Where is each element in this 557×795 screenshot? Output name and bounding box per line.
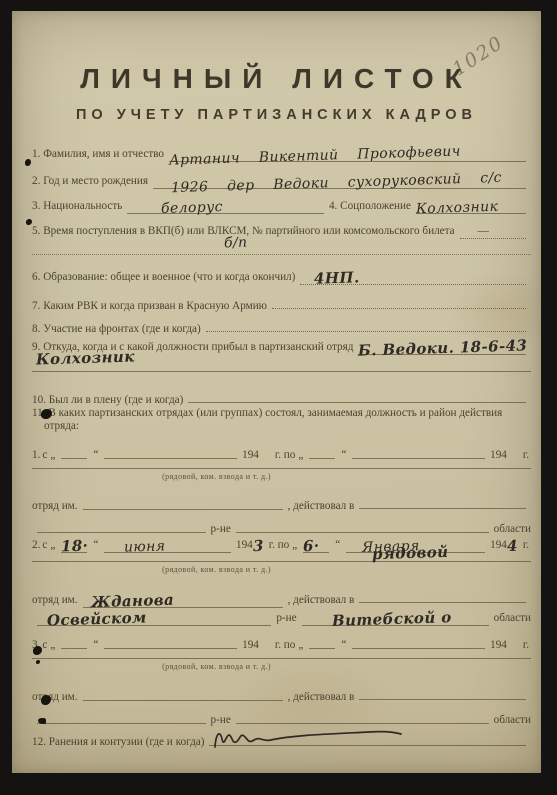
field-party-blank: — bbox=[460, 222, 526, 239]
ink-blot bbox=[38, 718, 46, 724]
open-quote: „ bbox=[50, 449, 55, 462]
entry-2-date-row: 2. с „ 18· “ июня 194 3 г. по „ 6· “ Янв… bbox=[32, 535, 531, 553]
field-arrival-value2: Колхозник bbox=[36, 347, 135, 368]
document-subtitle: ПО УЧЕТУ ПАРТИЗАНСКИХ КАДРОВ bbox=[12, 107, 541, 123]
ink-blot bbox=[25, 159, 31, 166]
open-quote: „ bbox=[298, 639, 303, 652]
ink-blot bbox=[33, 646, 42, 655]
printed-year-prefix: 194 bbox=[490, 539, 507, 552]
entry-2-acted-blank bbox=[359, 586, 526, 603]
entry-1-to-month-blank bbox=[352, 442, 485, 459]
entry-3-from-day-blank bbox=[61, 632, 87, 649]
illegible-handwriting-scrawl bbox=[209, 727, 409, 751]
field-rvk-blank bbox=[272, 292, 526, 309]
entry-1-rank-line bbox=[32, 468, 531, 469]
entry-2-number: 2. bbox=[32, 539, 40, 552]
field-captivity-row: 10. Был ли в плену (где и когда) bbox=[32, 386, 531, 407]
district-label: р-не bbox=[211, 714, 231, 727]
acted-label: , действовал в bbox=[288, 594, 355, 607]
entry-1-region-blank bbox=[236, 516, 489, 533]
entry-2-from-word: с bbox=[42, 539, 47, 552]
entry-1-number: 1. bbox=[32, 449, 40, 462]
acted-label: , действовал в bbox=[288, 500, 355, 513]
field-surname-value: Артанич Викентий Прокофьевич bbox=[169, 143, 461, 168]
entry-3-rank-line bbox=[32, 658, 531, 659]
close-quote: “ bbox=[335, 539, 340, 552]
field-surname-blank: Артанич Викентий Прокофьевич bbox=[169, 145, 526, 162]
year-word: г. bbox=[523, 539, 529, 552]
field-social-label: 4. Соцположение bbox=[329, 200, 411, 213]
open-quote: „ bbox=[298, 449, 303, 462]
entry-2-to-day: 6· bbox=[303, 538, 320, 556]
printed-year-prefix: 194 bbox=[490, 639, 507, 652]
entry-3-unit-row: отряд им. , действовал в bbox=[32, 683, 531, 704]
field-party-line bbox=[32, 254, 531, 255]
close-quote: “ bbox=[341, 639, 346, 652]
entry-1-rank-caption: (рядовой, ком. взвода и т. д.) bbox=[32, 472, 401, 481]
field-arrival-value: Б. Ведоки. 18-6-43 bbox=[358, 337, 528, 360]
entry-3-date-row: 3. с „ “ 194 г. по „ “ 194 г. bbox=[32, 632, 531, 652]
entry-3-to-day-blank bbox=[309, 632, 335, 649]
year-to-word: г. по bbox=[275, 449, 296, 462]
document-title: ЛИЧНЫЙ ЛИСТОК bbox=[12, 63, 541, 95]
field-nationality-label: 3. Национальность bbox=[32, 200, 122, 213]
entry-1-unit-blank bbox=[83, 493, 283, 510]
field-captivity-blank bbox=[188, 386, 526, 403]
field-rvk-label: 7. Каким РВК и когда призван в Красную А… bbox=[32, 300, 267, 313]
field-surname-label: 1. Фамилия, имя и отчество bbox=[32, 148, 164, 161]
field-party-value: б/п bbox=[224, 235, 248, 252]
field-party-row: 5. Время поступления в ВКП(б) или ВЛКСМ,… bbox=[32, 222, 531, 239]
year-word: г. bbox=[523, 639, 529, 652]
entry-2-district-blank: Освейском bbox=[37, 609, 271, 626]
entry-1-from-month-blank bbox=[104, 442, 237, 459]
field-arrival-line2 bbox=[32, 371, 531, 372]
field-captivity-label: 10. Был ли в плену (где и когда) bbox=[32, 394, 183, 407]
printed-year-prefix: 194 bbox=[490, 449, 507, 462]
district-label: р-не bbox=[211, 523, 231, 536]
entry-2-from-day: 18· bbox=[61, 538, 89, 556]
field-nationality-row: 3. Национальность белорус 4. Соцположени… bbox=[32, 197, 531, 214]
entry-1-region-row: р-не области bbox=[32, 516, 531, 536]
field-surname-row: 1. Фамилия, имя и отчество Артанич Викен… bbox=[32, 145, 531, 162]
field-birth-label: 2. Год и место рождения bbox=[32, 175, 148, 188]
entry-1-from-word: с bbox=[42, 449, 47, 462]
unit-label: отряд им. bbox=[32, 500, 78, 513]
field-education-value: 4НП. bbox=[314, 269, 360, 288]
field-education-label: 6. Образование: общее и военное (что и к… bbox=[32, 271, 295, 284]
document-page: 1020 ЛИЧНЫЙ ЛИСТОК ПО УЧЕТУ ПАРТИЗАНСКИХ… bbox=[12, 11, 541, 773]
field-nationality-value: белорус bbox=[161, 199, 223, 217]
printed-year-prefix: 194 bbox=[242, 639, 259, 652]
district-label: р-не bbox=[276, 612, 296, 625]
region-label: области bbox=[494, 523, 531, 536]
entry-2-region: Витебской о bbox=[331, 609, 451, 630]
entry-3-unit-blank bbox=[83, 684, 283, 701]
entry-1-acted-blank bbox=[359, 492, 526, 509]
entry-2-rank-caption: (рядовой, ком. взвода и т. д.) bbox=[32, 565, 401, 574]
field-units-label2: отряда: bbox=[44, 420, 79, 433]
printed-year-prefix: 194 bbox=[236, 539, 253, 552]
entry-2-to-day-blank: 6· bbox=[303, 536, 329, 553]
dash-mark: — bbox=[478, 225, 489, 238]
field-arrival-blank: Б. Ведоки. 18-6-43 bbox=[358, 338, 526, 355]
acted-label: , действовал в bbox=[288, 691, 355, 704]
close-quote: “ bbox=[341, 449, 346, 462]
entry-2-to-year: 4 bbox=[507, 538, 518, 556]
entry-2-unit-blank: Жданова bbox=[83, 591, 283, 608]
field-units-header: 11. В каких партизанских отрядах (или гр… bbox=[32, 407, 531, 420]
open-quote: „ bbox=[292, 539, 297, 552]
close-quote: “ bbox=[93, 539, 98, 552]
entry-1-district-blank bbox=[37, 516, 206, 533]
printed-year-prefix: 194 bbox=[242, 449, 259, 462]
entry-3-rank-caption: (рядовой, ком. взвода и т. д.) bbox=[32, 662, 401, 671]
entry-3-region-row: р-не области bbox=[32, 707, 531, 727]
entry-1-from-day-blank bbox=[61, 442, 87, 459]
entry-1-to-day-blank bbox=[309, 442, 335, 459]
entry-1-date-row: 1. с „ “ 194 г. по „ “ 194 г. bbox=[32, 442, 531, 462]
year-to-word: г. по bbox=[275, 639, 296, 652]
entry-2-district: Освейском bbox=[47, 609, 147, 629]
field-social-value: Колхозник bbox=[416, 199, 499, 218]
field-birth-value: 1926 дер Ведоки сухоруковский с/с bbox=[171, 170, 502, 196]
field-wounds-blank bbox=[209, 729, 526, 746]
field-birth-row: 2. Год и место рождения 1926 дер Ведоки … bbox=[32, 172, 531, 189]
close-quote: “ bbox=[93, 639, 98, 652]
entry-2-from-month-blank: июня bbox=[104, 536, 231, 553]
entry-3-to-month-blank bbox=[352, 632, 485, 649]
entry-2-region-row: Освейском р-не Витебской о области bbox=[32, 609, 531, 626]
entry-1-unit-row: отряд им. , действовал в bbox=[32, 492, 531, 513]
entry-2-from-day-blank: 18· bbox=[61, 536, 87, 553]
entry-2-from-month: июня bbox=[124, 538, 166, 555]
field-social-blank: Колхозник bbox=[416, 197, 526, 214]
open-quote: „ bbox=[50, 539, 55, 552]
entry-2-unit-row: отряд им. Жданова , действовал в bbox=[32, 586, 531, 608]
field-units-label: 11. В каких партизанских отрядах (или гр… bbox=[32, 407, 502, 420]
field-wounds-label: 12. Ранения и контузии (где и когда) bbox=[32, 736, 204, 749]
entry-3-district-blank bbox=[37, 707, 206, 724]
field-birth-blank: 1926 дер Ведоки сухоруковский с/с bbox=[153, 172, 526, 189]
entry-3-from-month-blank bbox=[104, 632, 237, 649]
region-label: области bbox=[494, 714, 531, 727]
field-education-blank: 4НП. bbox=[300, 268, 526, 285]
region-label: области bbox=[494, 612, 531, 625]
entry-3-from-word: с bbox=[42, 639, 47, 652]
close-quote: “ bbox=[93, 449, 98, 462]
field-units-header2: отряда: bbox=[32, 420, 531, 433]
open-quote: „ bbox=[50, 639, 55, 652]
field-fronts-label: 8. Участие на фронтах (где и когда) bbox=[32, 323, 201, 336]
entry-3-acted-blank bbox=[359, 683, 526, 700]
field-fronts-blank bbox=[206, 315, 526, 332]
field-nationality-blank: белорус bbox=[127, 197, 324, 214]
field-fronts-row: 8. Участие на фронтах (где и когда) bbox=[32, 315, 531, 336]
year-to-word: г. по bbox=[269, 539, 290, 552]
entry-2-rank-line bbox=[32, 561, 531, 562]
field-education-row: 6. Образование: общее и военное (что и к… bbox=[32, 268, 531, 285]
unit-label: отряд им. bbox=[32, 691, 78, 704]
entry-3-region-blank bbox=[236, 707, 489, 724]
entry-2-from-year: 3 bbox=[252, 538, 263, 556]
entry-2-region-blank: Витебской о bbox=[302, 609, 489, 626]
unit-label: отряд им. bbox=[32, 594, 78, 607]
field-wounds-row: 12. Ранения и контузии (где и когда) bbox=[32, 729, 531, 749]
year-word: г. bbox=[523, 449, 529, 462]
field-rvk-row: 7. Каким РВК и когда призван в Красную А… bbox=[32, 292, 531, 313]
entry-2-rank: рядовой bbox=[372, 543, 449, 563]
